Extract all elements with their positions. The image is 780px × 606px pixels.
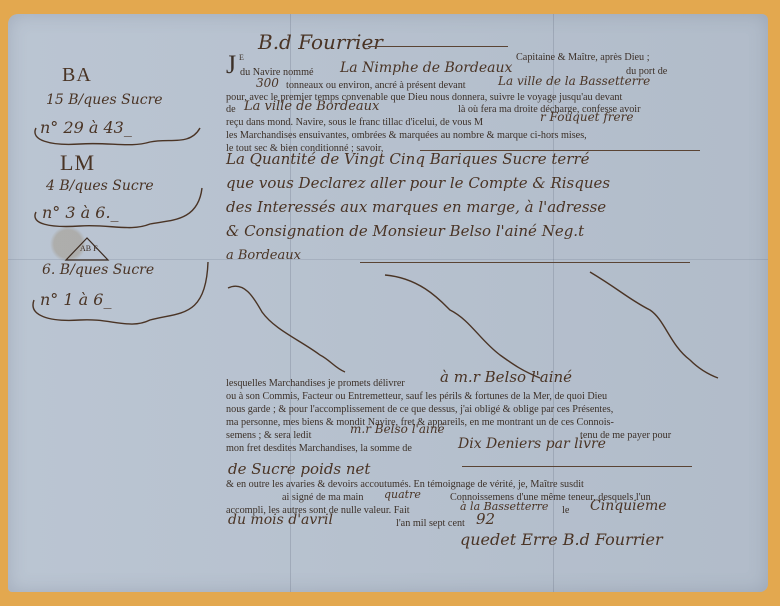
margin-mark-lm-quantity: 4 B/ques Sucre	[46, 178, 154, 194]
cargo-line: La Quantité de Vingt Cinq Bariques Sucre…	[226, 150, 590, 168]
signature: quedet Erre B.d Fourrier	[460, 530, 663, 549]
header-line5: reçu dans mond. Navire, sous le franc ti…	[226, 116, 483, 129]
triangle-merchant-mark-icon: AB F	[64, 236, 110, 262]
body-line3: nous garde ; & pour l'accomplissement de…	[226, 403, 613, 416]
fill-line	[360, 262, 690, 263]
body-line2: ou à son Commis, Facteur ou Entremetteur…	[226, 390, 607, 403]
ship-name: La Nimphe de Bordeaux	[340, 60, 512, 76]
fill-line	[368, 46, 508, 47]
margin-mark-abf-numbers: n° 1 à 6_	[40, 290, 111, 309]
month: du mois d'avril	[228, 512, 333, 528]
cargo-line: que vous Declarez aller pour le Compte &…	[226, 174, 610, 192]
body-line5: semens ; & sera ledit	[226, 429, 311, 442]
deliver-to: à m.r Belso l'ainé	[440, 368, 572, 386]
le-label: le	[562, 504, 569, 517]
freight-rate: Dix Deniers par livre	[458, 436, 606, 452]
from-merchant: r Fouquet frere	[540, 110, 633, 124]
margin-mark-lm: LM	[60, 150, 95, 176]
captain-name: B.d Fourrier	[258, 30, 383, 54]
fill-line	[462, 466, 692, 467]
destination: La ville de Bordeaux	[244, 99, 379, 114]
tonnage: 300	[256, 76, 279, 90]
margin-mark-abf-quantity: 6. B/ques Sucre	[42, 262, 154, 278]
day: Cinquieme	[590, 498, 667, 514]
body-line8a: ai signé de ma main	[282, 491, 363, 504]
cargo-line: & Consignation de Monsieur Belso l'ainé …	[226, 222, 584, 240]
fold-line	[8, 259, 768, 260]
cargo-line: des Interessés aux marques en marge, à l…	[226, 198, 606, 216]
dropcap: J	[226, 50, 236, 80]
margin-mark-ba: BA	[62, 64, 92, 87]
year: 92	[476, 510, 495, 528]
margin-mark-ba-numbers: n° 29 à 43_	[40, 118, 132, 137]
margin-mark-lm-numbers: n° 3 à 6._	[42, 203, 119, 222]
margin-mark-ba-quantity: 15 B/ques Sucre	[46, 92, 163, 108]
deliver-label: lesquelles Marchandises je promets déliv…	[226, 377, 405, 390]
body-line6: mon fret desdites Marchandises, la somme…	[226, 442, 412, 455]
dropcap-e: E	[239, 51, 244, 64]
cargo-line: a Bordeaux	[226, 248, 301, 263]
place: à la Bassetterre	[460, 500, 548, 513]
year-label: l'an mil sept cent	[396, 517, 465, 530]
anchored-at: La ville de la Bassetterre	[498, 74, 650, 88]
header-line6: les Marchandises ensuivantes, ombrées & …	[226, 129, 587, 142]
captain-label: Capitaine & Maître, après Dieu ;	[516, 51, 650, 64]
de-label: de	[226, 103, 236, 116]
copies: quatre	[384, 488, 421, 501]
freight-rate-cont: de Sucre poids net	[228, 460, 370, 478]
payer: m.r Belso l'ainé	[350, 422, 445, 436]
